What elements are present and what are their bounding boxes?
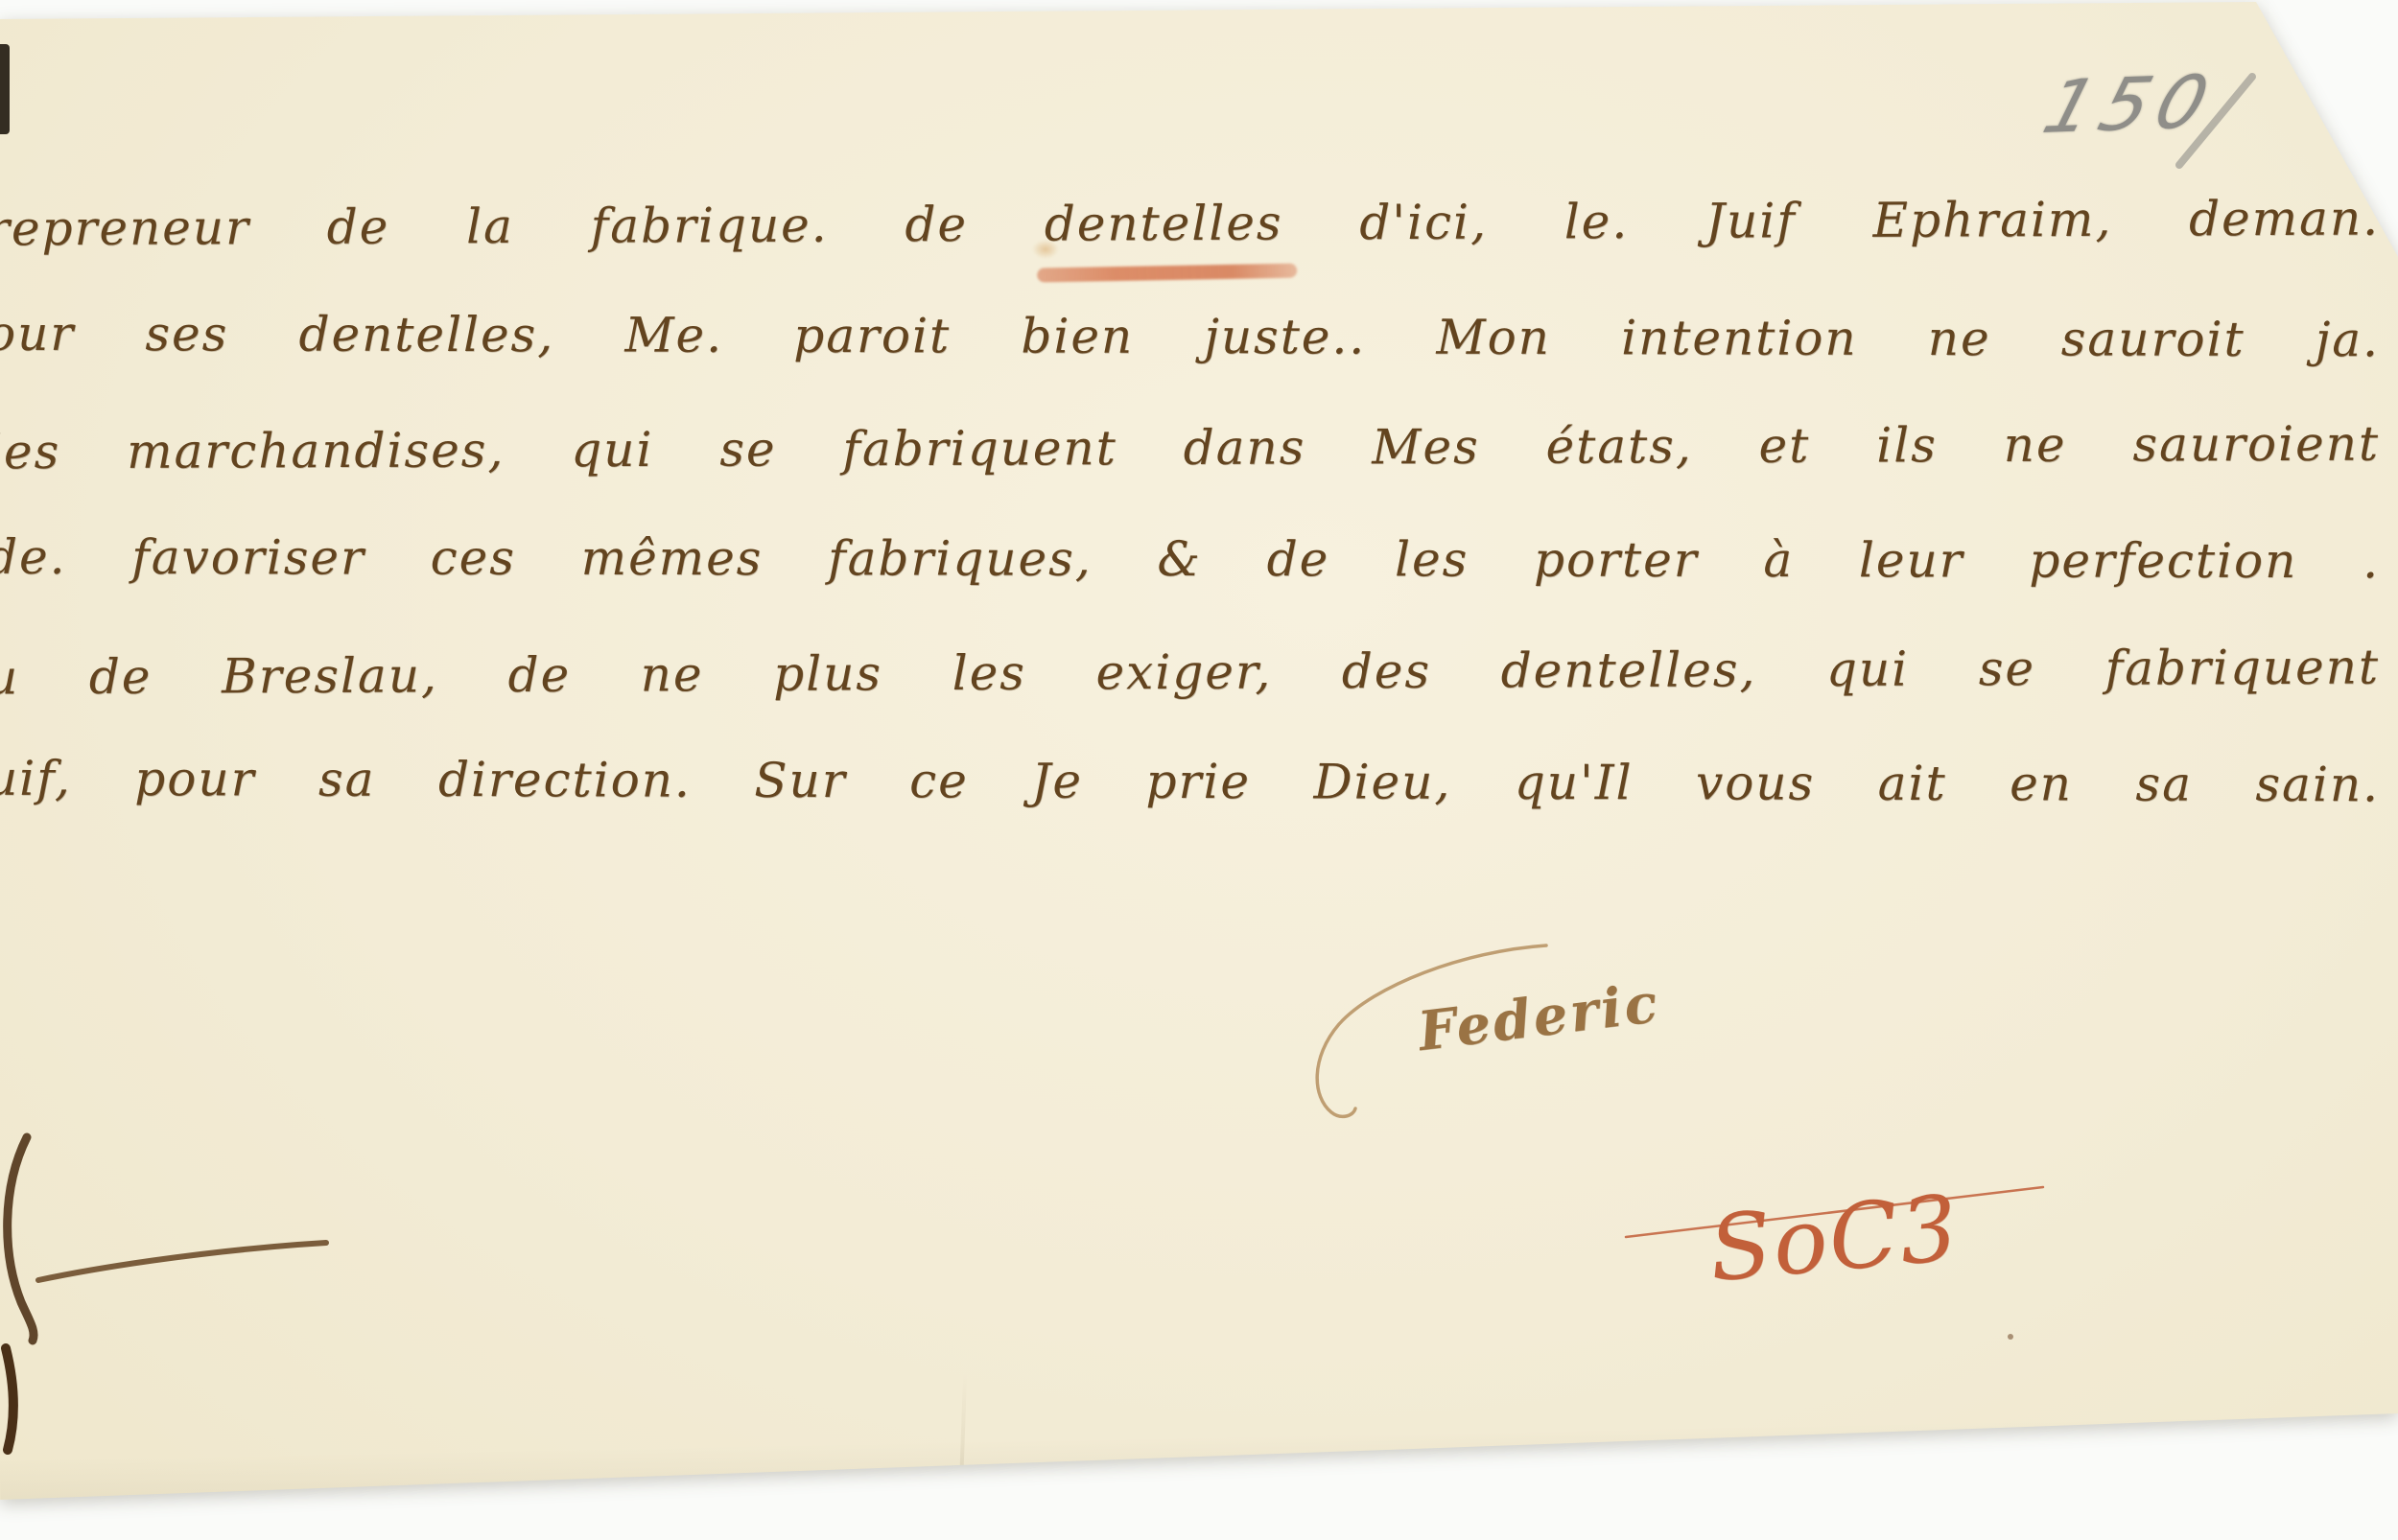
text-line-4: de. favoriser ces mêmes fabriques, & de … <box>0 531 2380 588</box>
paper-edge-shading <box>0 1413 2398 1517</box>
manuscript-scan: 150 repreneur de la fabrique. de dentell… <box>0 0 2398 1540</box>
ink-speck <box>2008 1334 2013 1340</box>
red-underlined-word: dentelles <box>1045 198 1283 251</box>
scan-edge-artifact <box>0 44 10 134</box>
line1-post: d'ici, le. Juif Ephraim, deman. <box>1282 191 2380 251</box>
line1-pre: repreneur de la fabrique. de <box>0 197 1045 257</box>
text-line-2: our ses dentelles, Me. paroit bien juste… <box>0 308 2380 367</box>
paper-crease <box>959 1371 967 1491</box>
text-line-3: les marchandises, qui se fabriquent dans… <box>0 418 2380 479</box>
underlined-word-text: dentelles <box>1045 196 1283 252</box>
paper-shadow-wrap: 150 repreneur de la fabrique. de dentell… <box>0 0 2398 1540</box>
text-line-5: u de Breslau, de ne plus les exiger, des… <box>0 642 2380 705</box>
letter-paper: 150 repreneur de la fabrique. de dentell… <box>0 0 2398 1540</box>
text-line-1: repreneur de la fabrique. de dentelles d… <box>0 193 2380 256</box>
bottom-left-ink-flourish <box>0 1130 350 1460</box>
red-crayon-underline <box>1037 264 1297 283</box>
text-line-6: uif, pour sa direction. Sur ce Je prie D… <box>0 753 2380 812</box>
pencil-slash-mark <box>2166 69 2262 175</box>
red-ink-paraph: SoC3 <box>1705 1177 1963 1302</box>
paper-stain <box>1032 240 1059 259</box>
